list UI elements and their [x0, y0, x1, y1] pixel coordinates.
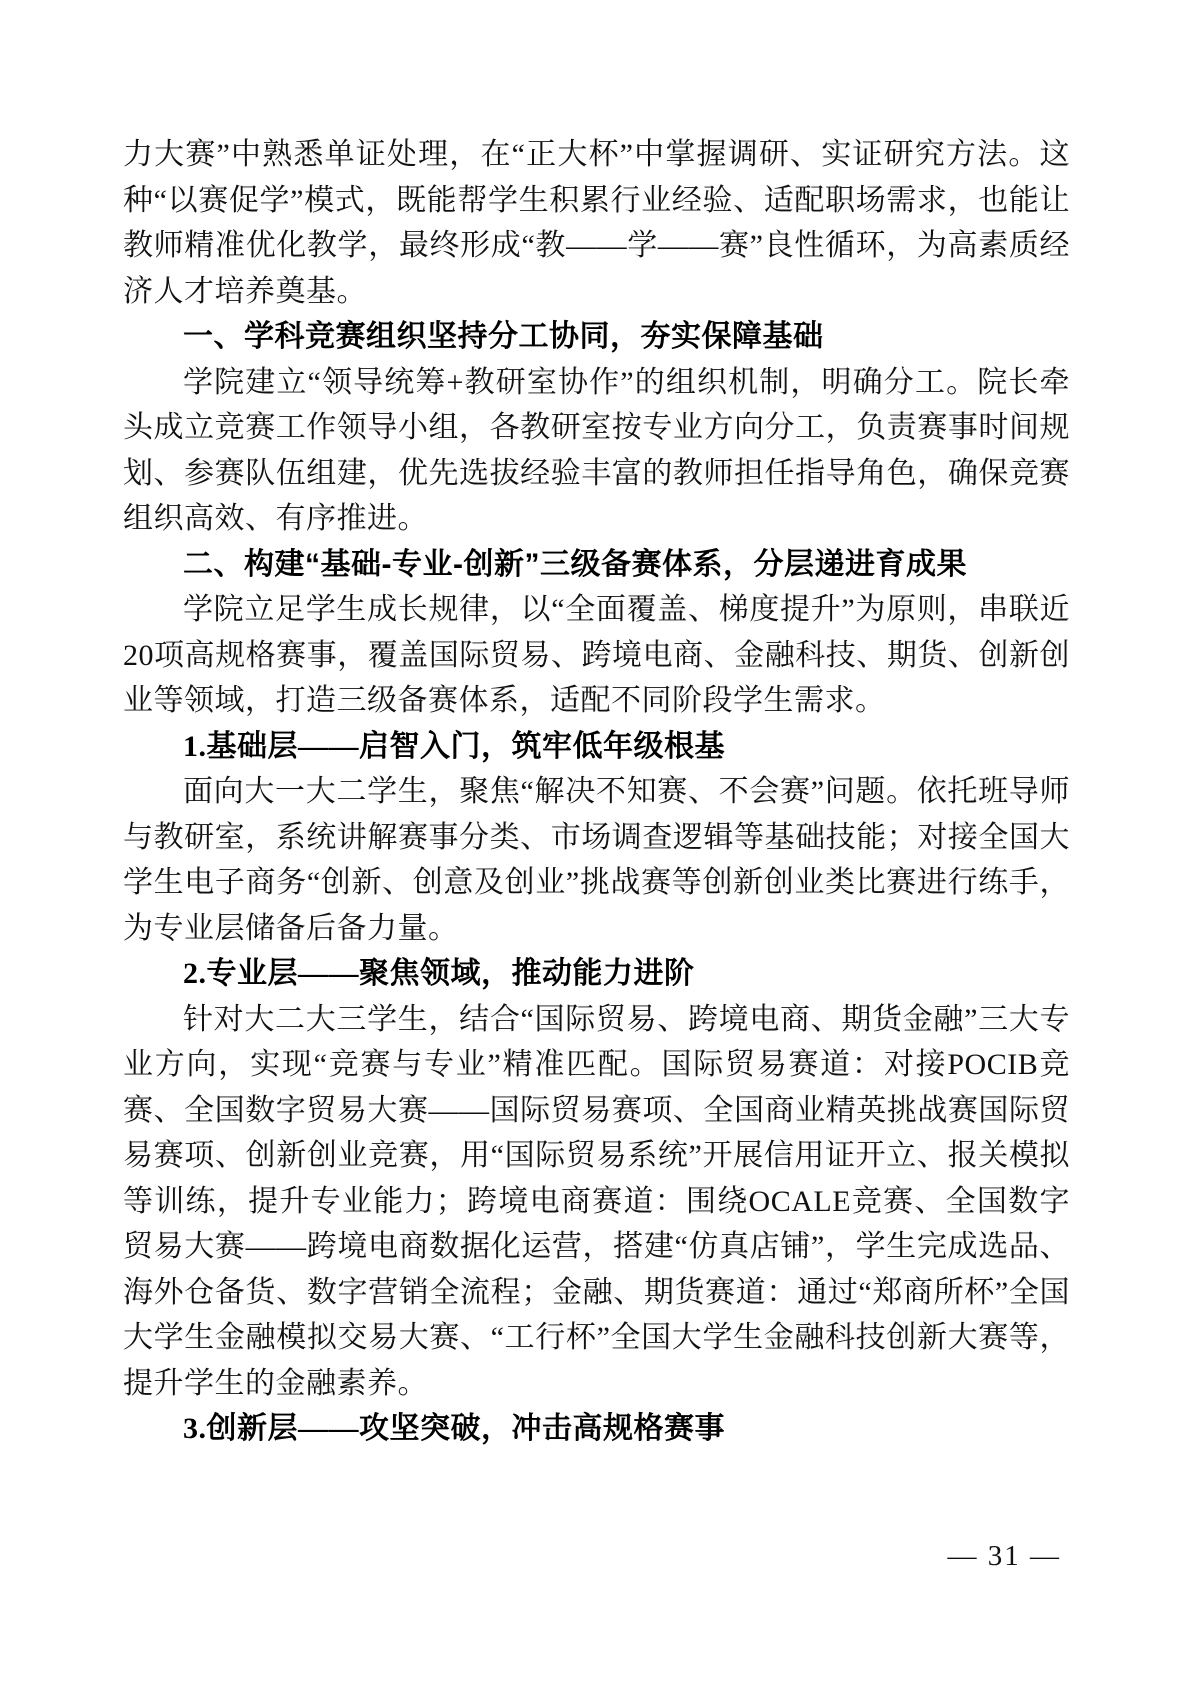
heading-sub-2: 2.专业层——聚焦领域，推动能力进阶 [123, 951, 1070, 997]
document-page: 力大赛”中熟悉单证处理，在“正大杯”中掌握调研、实证研究方法。这种“以赛促学”模… [0, 0, 1191, 1684]
heading-sub-1: 1.基础层——启智入门，筑牢低年级根基 [123, 724, 1070, 770]
heading-section-1: 一、学科竞赛组织坚持分工协同，夯实保障基础 [123, 314, 1070, 360]
heading-sub-3: 3.创新层——攻坚突破，冲击高规格赛事 [123, 1406, 1070, 1452]
paragraph-body: 学院立足学生成长规律，以“全面覆盖、梯度提升”为原则，串联近20项高规格赛事，覆… [123, 587, 1070, 724]
page-number: — 31 — [948, 1540, 1062, 1573]
paragraph-body: 面向大一大二学生，聚焦“解决不知赛、不会赛”问题。依托班导师与教研室，系统讲解赛… [123, 769, 1070, 951]
paragraph-continuation: 力大赛”中熟悉单证处理，在“正大杯”中掌握调研、实证研究方法。这种“以赛促学”模… [123, 132, 1070, 314]
document-body: 力大赛”中熟悉单证处理，在“正大杯”中掌握调研、实证研究方法。这种“以赛促学”模… [123, 132, 1070, 1452]
paragraph-body: 针对大二大三学生，结合“国际贸易、跨境电商、期货金融”三大专业方向，实现“竞赛与… [123, 997, 1070, 1407]
paragraph-body: 学院建立“领导统筹+教研室协作”的组织机制，明确分工。院长牵头成立竞赛工作领导小… [123, 360, 1070, 542]
heading-section-2: 二、构建“基础-专业-创新”三级备赛体系，分层递进育成果 [123, 542, 1070, 588]
